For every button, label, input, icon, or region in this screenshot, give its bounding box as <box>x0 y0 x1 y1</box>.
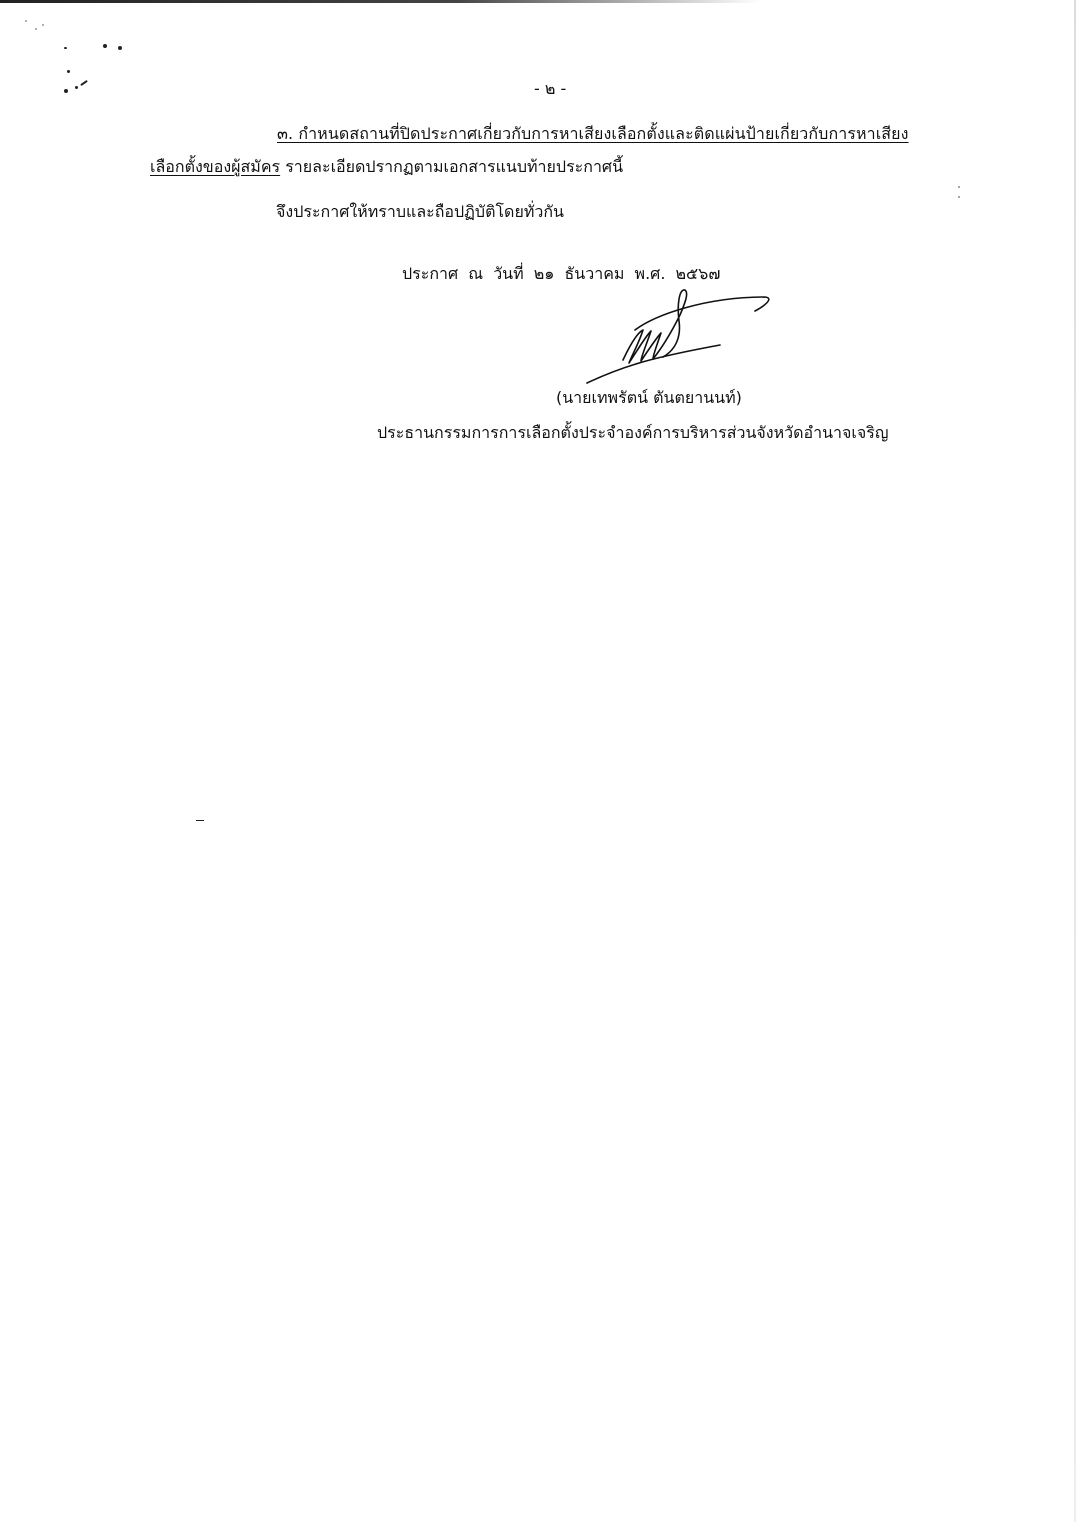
paragraph-3-heading-line2: เลือกตั้งของผู้สมัคร <box>150 157 280 176</box>
closing-statement: จึงประกาศให้ทราบและถือปฏิบัติโดยทั่วกัน <box>276 202 564 222</box>
signature-mark <box>585 285 775 390</box>
paragraph-3-details: รายละเอียดปรากฏตามเอกสารแนบท้ายประกาศนี้ <box>280 157 623 176</box>
paragraph-3-heading-line1: ๓. กำหนดสถานที่ปิดประกาศเกี่ยวกับการหาเส… <box>277 124 909 144</box>
scan-border-top <box>0 0 760 3</box>
announcement-dateline: ประกาศ ณ วันที่ ๒๑ ธันวาคม พ.ศ. ๒๕๖๗ <box>402 264 720 284</box>
paragraph-3-line2: เลือกตั้งของผู้สมัคร รายละเอียดปรากฏตามเ… <box>150 157 623 177</box>
page-number: - ๒ - <box>534 79 566 99</box>
signer-title: ประธานกรรมการการเลือกตั้งประจำองค์การบริ… <box>377 423 888 443</box>
signer-name: (นายเทพรัตน์ ตันตยานนท์) <box>556 388 742 408</box>
